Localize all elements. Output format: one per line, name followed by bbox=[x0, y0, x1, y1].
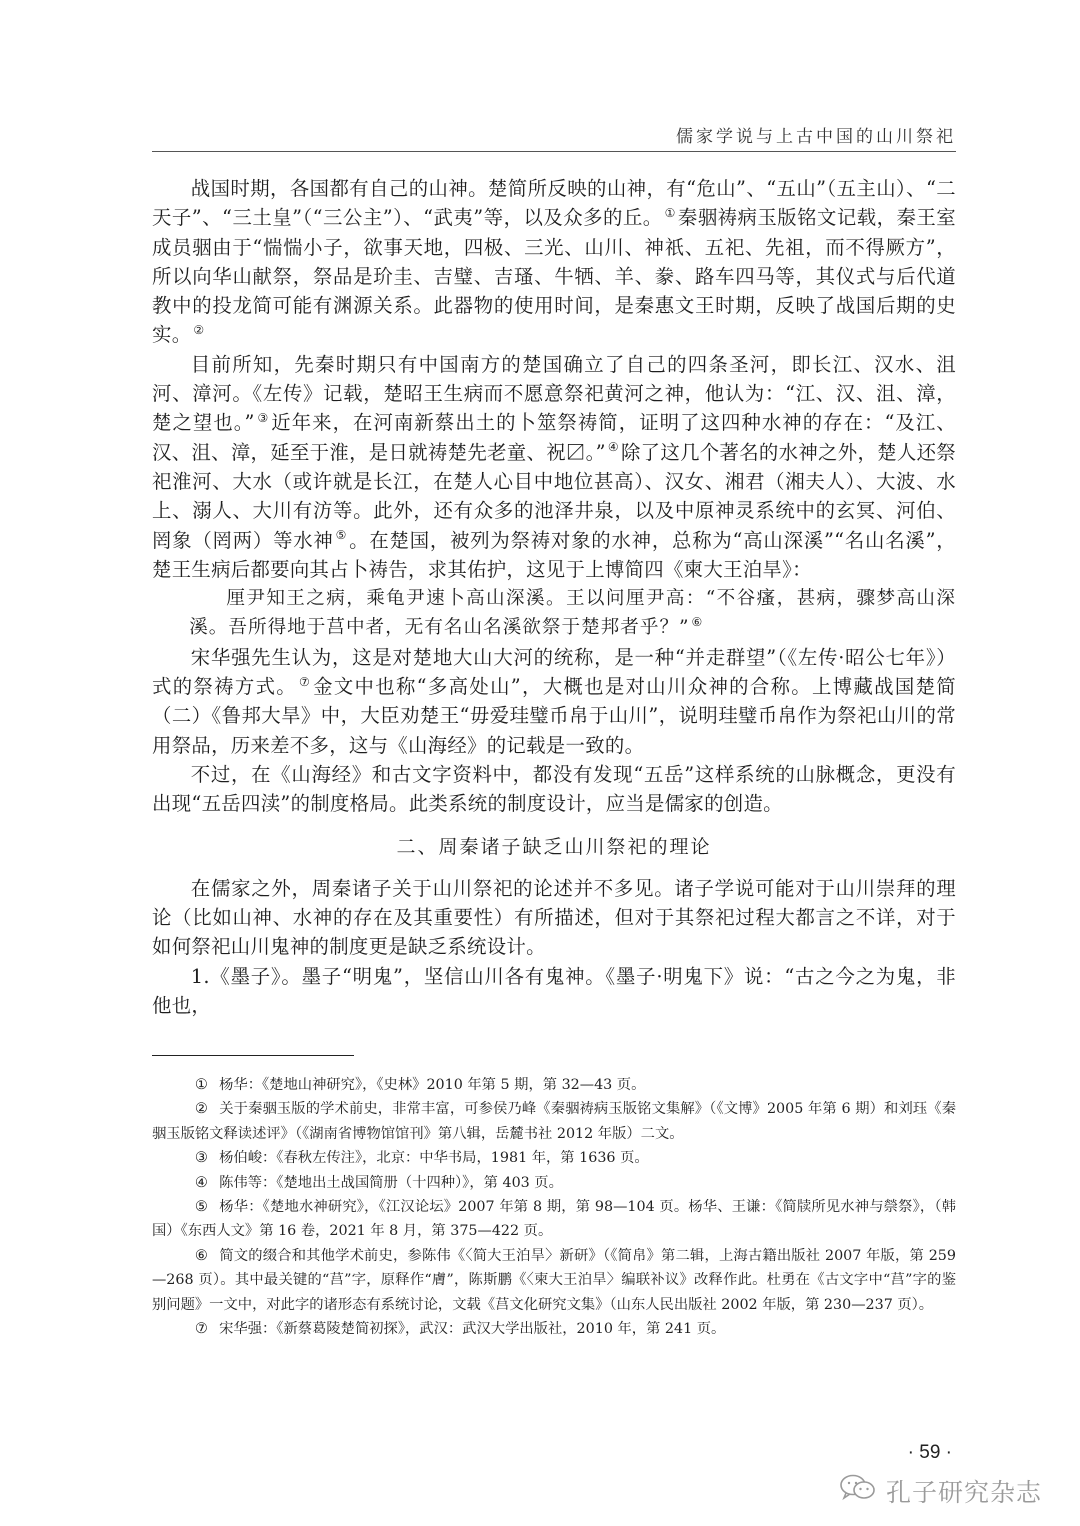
block-quote: 厘尹知王之病，乘龟尹速卜高山深溪。王以问厘尹高：“不谷瘙，甚病，骤梦高山深溪。吾… bbox=[152, 584, 956, 643]
footnote-number: ⑦ bbox=[173, 1317, 207, 1341]
page-number: · 59 · bbox=[908, 1442, 952, 1464]
text-run: 1.《墨子》。墨子“明鬼”，坚信山川各有鬼神。《墨子·明鬼下》说：“古之今之为鬼… bbox=[152, 965, 956, 1017]
footnote-marker[interactable]: ③ bbox=[257, 411, 270, 425]
footnote-marker[interactable]: ⑤ bbox=[336, 528, 348, 542]
watermark: 孔子研究杂志 bbox=[838, 1473, 1042, 1509]
footnote-text: 杨华：《楚地山神研究》，《史林》2010 年第 5 期，第 32—43 页。 bbox=[219, 1077, 645, 1093]
footnotes: ①杨华：《楚地山神研究》，《史林》2010 年第 5 期，第 32—43 页。 … bbox=[152, 1073, 956, 1341]
paragraph: 目前所知，先秦时期只有中国南方的楚国确立了自己的四条圣河，即长江、汉水、沮河、漳… bbox=[152, 350, 956, 584]
watermark-text: 孔子研究杂志 bbox=[886, 1473, 1042, 1509]
footnote-number: ⑥ bbox=[173, 1244, 207, 1268]
footnote-number: ① bbox=[173, 1073, 207, 1097]
footnote-text: 关于秦骃玉版的学术前史，非常丰富，可参侯乃峰《秦骃祷病玉版铭文集解》（《文博》2… bbox=[152, 1101, 956, 1141]
footnote: ⑦宋华强：《新蔡葛陵楚简初探》，武汉：武汉大学出版社，2010 年，第 241 … bbox=[152, 1317, 956, 1341]
footnote-rule bbox=[152, 1055, 354, 1056]
footnote-text: 宋华强：《新蔡葛陵楚简初探》，武汉：武汉大学出版社，2010 年，第 241 页… bbox=[219, 1321, 725, 1337]
footnote-text: 杨华：《楚地水神研究》，《江汉论坛》2007 年第 8 期，第 98—104 页… bbox=[152, 1199, 956, 1239]
footnote: ⑤杨华：《楚地水神研究》，《江汉论坛》2007 年第 8 期，第 98—104 … bbox=[152, 1195, 956, 1244]
text-run: 厘尹知王之病，乘龟尹速卜高山深溪。王以问厘尹高：“不谷瘙，甚病，骤梦高山深溪。吾… bbox=[189, 588, 956, 638]
running-header: 儒家学说与上古中国的山川祭祀 bbox=[676, 122, 956, 147]
body-text: 战国时期，各国都有自己的山神。楚简所反映的山神，有“危山”、“五山”（五主山）、… bbox=[152, 174, 956, 1020]
paragraph: 不过，在《山海经》和古文字资料中，都没有发现“五岳”这样系统的山脉概念，更没有出… bbox=[152, 760, 956, 819]
footnote-text: 杨伯峻：《春秋左传注》，北京：中华书局，1981 年，第 1636 页。 bbox=[219, 1150, 649, 1166]
footnote-text: 简文的缀合和其他学术前史，参陈伟《〈简大王泊旱〉新研》（《简帛》第二辑，上海古籍… bbox=[152, 1248, 956, 1313]
footnote-text: 陈伟等：《楚地出土战国简册（十四种）》，第 403 页。 bbox=[219, 1175, 563, 1191]
footnote: ②关于秦骃玉版的学术前史，非常丰富，可参侯乃峰《秦骃祷病玉版铭文集解》（《文博》… bbox=[152, 1097, 956, 1146]
paragraph: 宋华强先生认为，这是对楚地大山大河的统称，是一种“并走群望”（《左传·昭公七年》… bbox=[152, 643, 956, 760]
footnote-number: ③ bbox=[173, 1146, 207, 1170]
footnote: ⑥简文的缀合和其他学术前史，参陈伟《〈简大王泊旱〉新研》（《简帛》第二辑，上海古… bbox=[152, 1244, 956, 1317]
footnote-marker[interactable]: ① bbox=[665, 206, 676, 220]
footnote-number: ④ bbox=[173, 1171, 207, 1195]
footnote-number: ⑤ bbox=[173, 1195, 207, 1219]
text-run: 在儒家之外，周秦诸子关于山川祭祀的论述并不多见。诸子学说可能对于山川崇拜的理论（… bbox=[152, 877, 956, 959]
footnote-marker[interactable]: ④ bbox=[608, 440, 619, 454]
footnote-marker[interactable]: ⑥ bbox=[692, 615, 704, 629]
section-heading: 二、周秦诸子缺乏山川祭祀的理论 bbox=[152, 833, 956, 862]
wechat-icon bbox=[838, 1473, 878, 1509]
footnote-number: ② bbox=[173, 1097, 207, 1121]
paragraph: 战国时期，各国都有自己的山神。楚简所反映的山神，有“危山”、“五山”（五主山）、… bbox=[152, 174, 956, 350]
header-rule bbox=[152, 151, 956, 152]
footnote: ④陈伟等：《楚地出土战国简册（十四种）》，第 403 页。 bbox=[152, 1171, 956, 1195]
footnote-marker[interactable]: ② bbox=[193, 323, 204, 337]
paragraph: 1.《墨子》。墨子“明鬼”，坚信山川各有鬼神。《墨子·明鬼下》说：“古之今之为鬼… bbox=[152, 962, 956, 1021]
text-run: 不过，在《山海经》和古文字资料中，都没有发现“五岳”这样系统的山脉概念，更没有出… bbox=[152, 763, 956, 815]
footnote-marker[interactable]: ⑦ bbox=[299, 675, 311, 689]
footnote: ③杨伯峻：《春秋左传注》，北京：中华书局，1981 年，第 1636 页。 bbox=[152, 1146, 956, 1170]
paragraph: 在儒家之外，周秦诸子关于山川祭祀的论述并不多见。诸子学说可能对于山川崇拜的理论（… bbox=[152, 874, 956, 962]
footnote: ①杨华：《楚地山神研究》，《史林》2010 年第 5 期，第 32—43 页。 bbox=[152, 1073, 956, 1097]
